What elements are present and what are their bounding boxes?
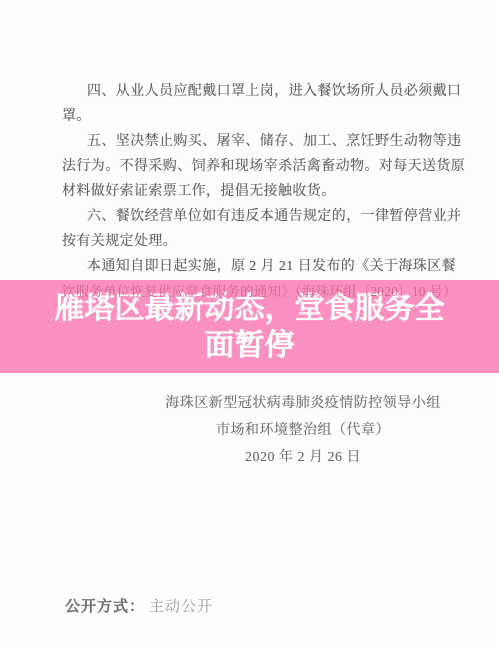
- document-line: 五、坚决禁止购买、屠宰、储存、加工、烹饪野生动物等违: [62, 129, 462, 154]
- document-line: 四、从业人员应配戴口罩上岗，进入餐饮场所人员必须戴口: [62, 79, 462, 104]
- issuing-authority: 海珠区新型冠状病毒肺炎疫情防控领导小组: [107, 390, 499, 417]
- issue-date: 2020 年 2 月 26 日: [107, 444, 499, 471]
- notice-body: 四、从业人员应配戴口罩上岗，进入餐饮场所人员必须戴口 罩。 五、坚决禁止购买、屠…: [62, 79, 462, 279]
- document-line: 按有关规定处理。: [62, 229, 462, 254]
- headline-line2: 面暂停: [205, 327, 295, 364]
- document-line: 本通知自即日起实施，原 2 月 21 日发布的《关于海珠区餐: [62, 254, 462, 279]
- document-line: 罩。: [62, 104, 462, 129]
- document-line: 六、餐饮经营单位如有违反本通告规定的，一律暂停营业并: [62, 204, 462, 229]
- disclosure-line: 公开方式：主动公开: [65, 596, 213, 618]
- signature-block: 海珠区新型冠状病毒肺炎疫情防控领导小组 市场和环境整治组（代章） 2020 年 …: [107, 390, 499, 471]
- covered-document-line: 饮服务单位恢复供应堂食服务的通知》（海珠环组〔2020〕10 号）: [62, 279, 457, 304]
- document-line: 法行为。不得采购、饲养和现场宰杀活禽畜动物。对每天送货原: [62, 154, 462, 179]
- issuing-department: 市场和环境整治组（代章）: [107, 417, 499, 444]
- disclosure-value: 主动公开: [149, 599, 213, 615]
- document-page: 四、从业人员应配戴口罩上岗，进入餐饮场所人员必须戴口 罩。 五、坚决禁止购买、屠…: [0, 0, 499, 647]
- document-line: 材料做好索证索票工作，提倡无接触收货。: [62, 179, 462, 204]
- disclosure-label: 公开方式：: [65, 599, 145, 615]
